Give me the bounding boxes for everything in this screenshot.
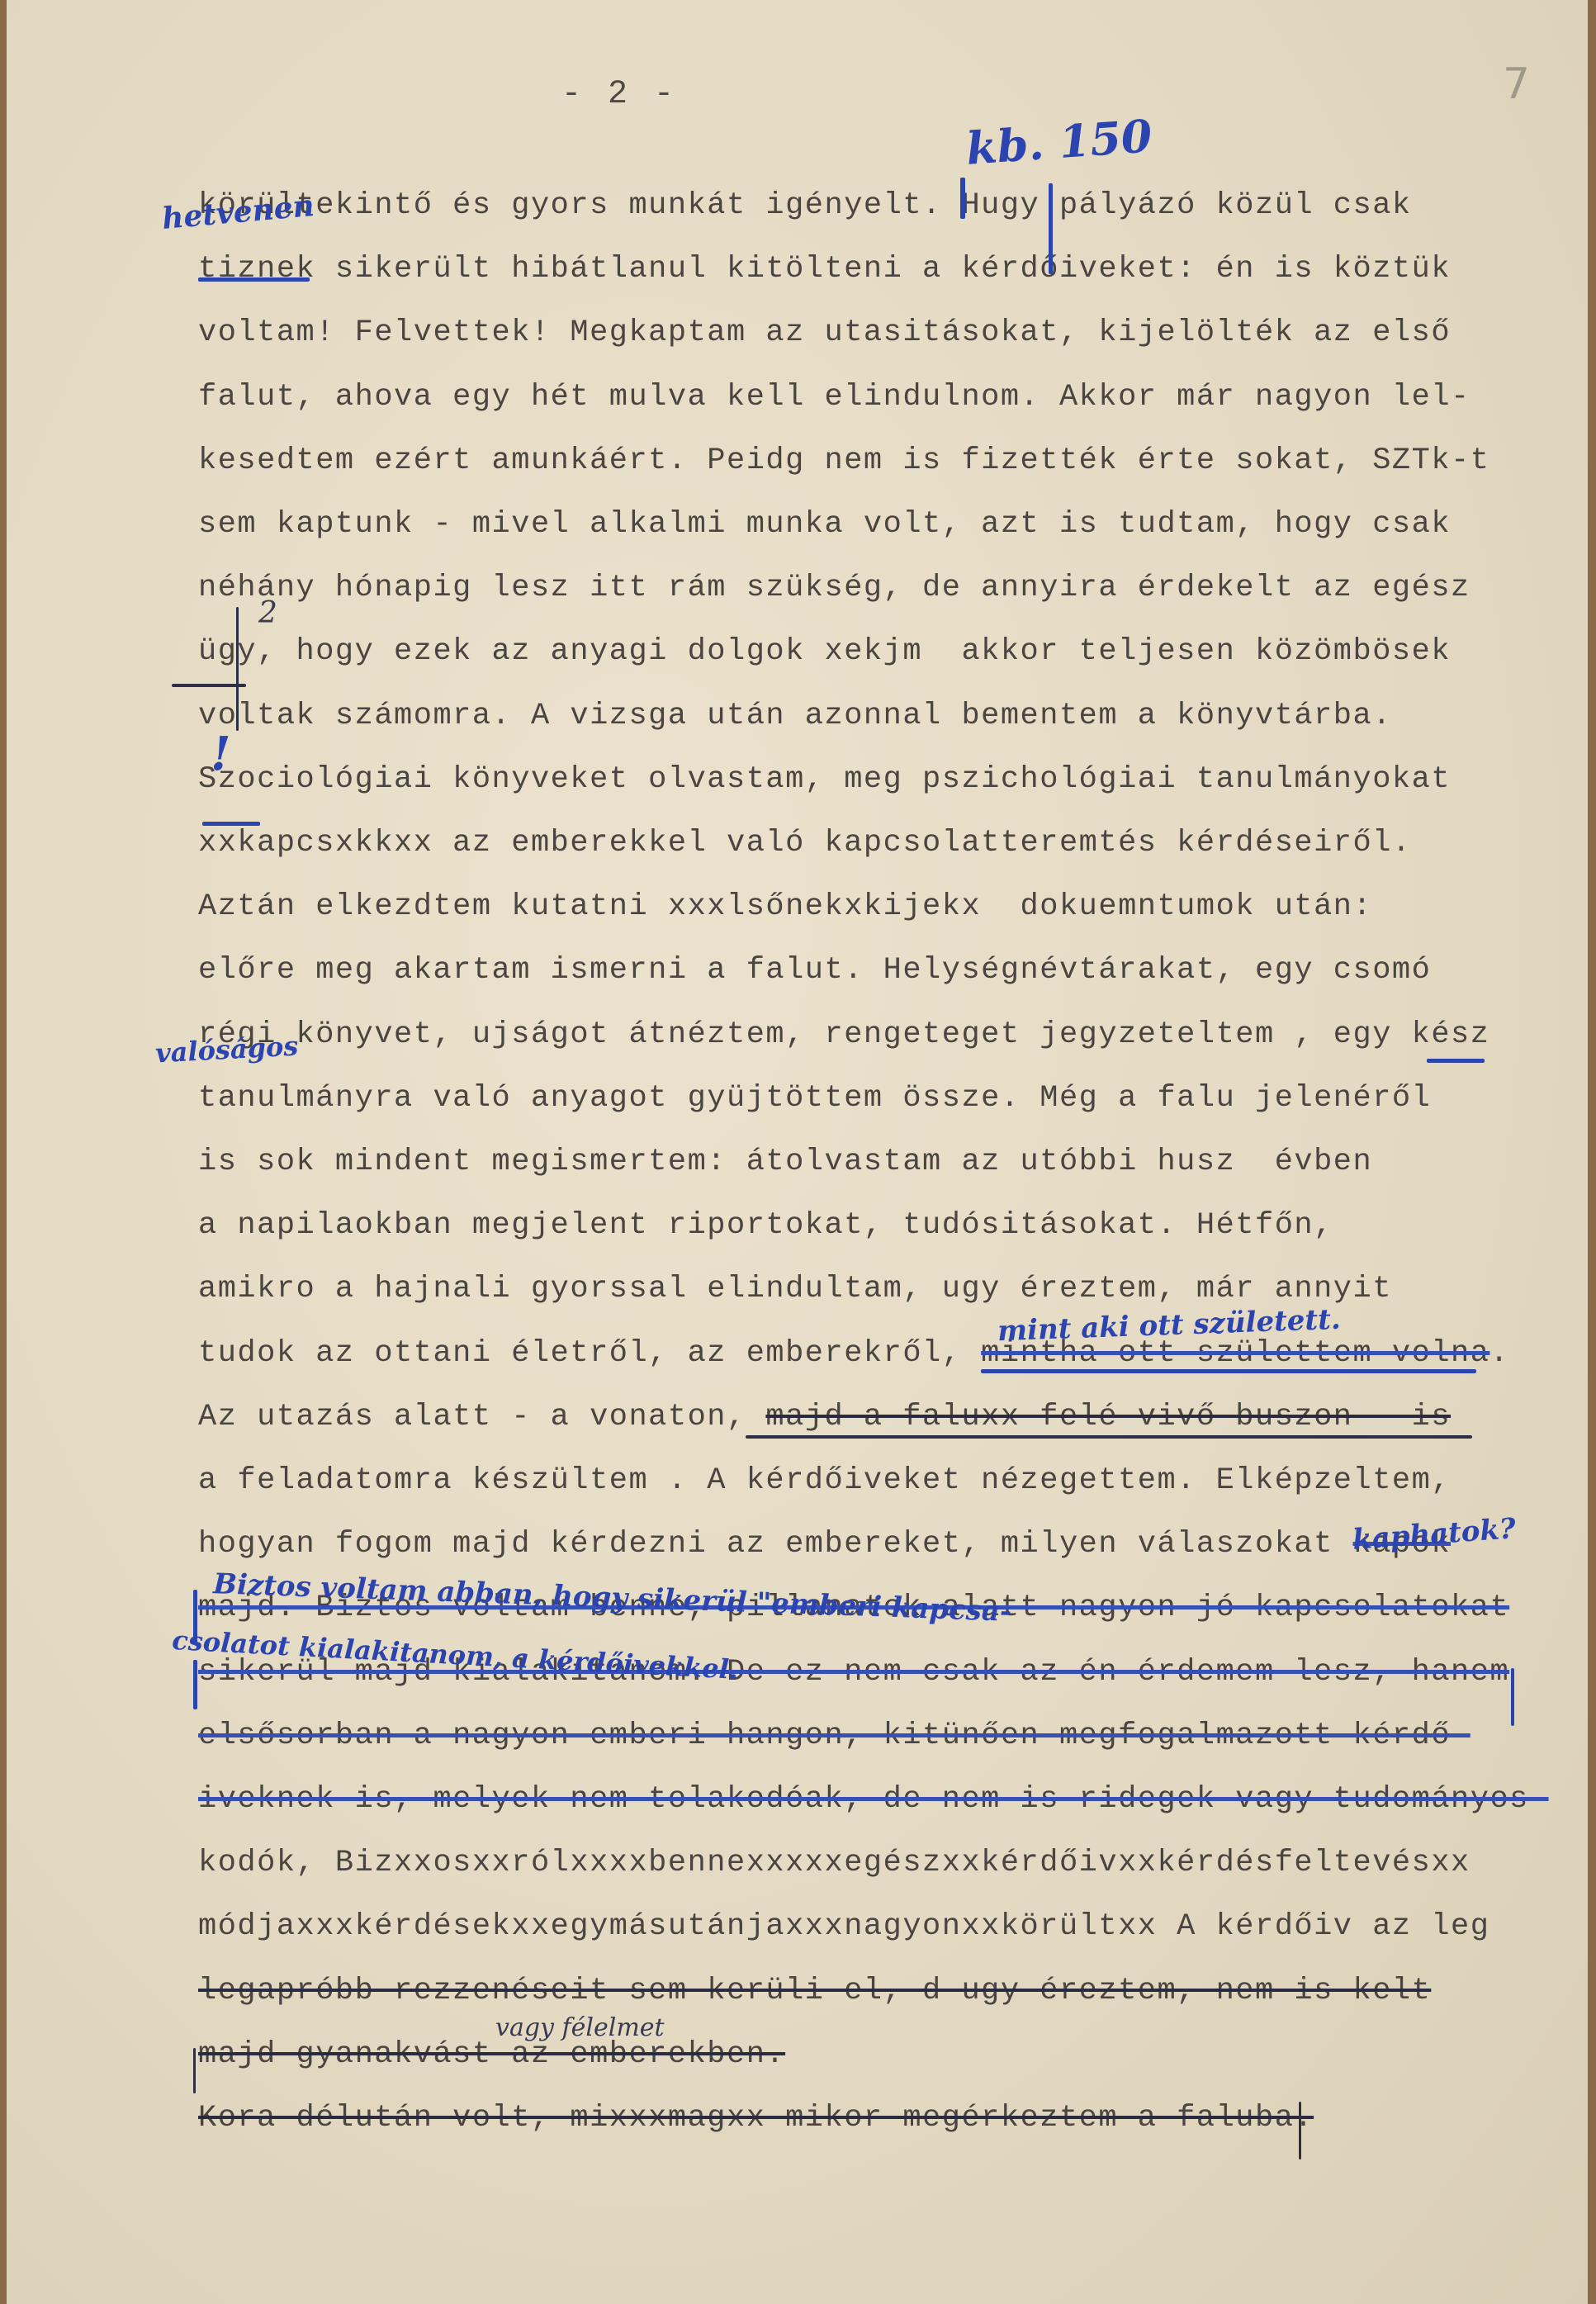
typed-line: előre meg akartam ismerni a falut. Helys…: [198, 953, 1431, 988]
annotation-accent-mark: !: [211, 727, 231, 781]
margin-bar-3: [1511, 1668, 1514, 1726]
typed-line: amikro a hajnali gyorssal elindultam, ug…: [198, 1272, 1392, 1306]
typed-line: is sok mindent megismertem: átolvastam a…: [198, 1145, 1372, 1179]
typed-line: körültekintő és gyors munkát igényelt. H…: [198, 188, 1412, 223]
annotation-valosagos: valóságos: [154, 1030, 299, 1069]
margin-bar-2: [193, 1660, 197, 1709]
typed-line: kesedtem ezért amunkáért. Peidg nem is f…: [198, 443, 1489, 478]
strike-kesz: [1427, 1059, 1485, 1063]
typed-line: legapróbb rezzenéseit sem kerüli el, d u…: [198, 1974, 1431, 2008]
typed-line: sem kaptunk - mivel alkalmi munka volt, …: [198, 507, 1451, 542]
insert-bracket-mark: [1049, 183, 1053, 274]
struck-text: elsősorban a nagyon emberi hangon, kitün…: [198, 1719, 1470, 1753]
margin-underline-mark: [202, 822, 260, 826]
margin-bar-4: [193, 2048, 196, 2093]
typed-line: xxkapcsxkkxx az emberekkel való kapcsola…: [198, 826, 1412, 860]
margin-bar-5: [1299, 2102, 1301, 2159]
annotation-vagy-felelmet: vagy félelmet: [495, 2013, 665, 2042]
strike-tiznek: [198, 277, 310, 282]
folio-mark: 7: [1503, 59, 1530, 109]
struck-text: majd gyanakvást az emberekben.: [198, 2037, 785, 2072]
strike-majd-buszon: [746, 1435, 1472, 1439]
annotation-2: 2: [258, 596, 277, 630]
typed-line: majd gyanakvást az emberekben.: [198, 2037, 785, 2072]
struck-text: legapróbb rezzenéseit sem kerüli el, d u…: [198, 1974, 1431, 2008]
typed-line: a feladatomra készültem . A kérdőiveket …: [198, 1463, 1451, 1498]
typed-line: elsősorban a nagyon emberi hangon, kitün…: [198, 1719, 1470, 1753]
typed-line: Szociológiai könyveket olvastam, meg psz…: [198, 762, 1451, 797]
margin-bracket-mark: [172, 684, 246, 687]
typed-line: a napilaokban megjelent riportokat, tudó…: [198, 1208, 1333, 1243]
annotation-hetvenen: hetvenen: [161, 188, 316, 236]
struck-text: majd a faluxx felé vivő buszon - is: [765, 1400, 1451, 1434]
typed-line: tiznek sikerült hibátlanul kitölteni a k…: [198, 252, 1451, 287]
struck-text: iveknek is, melyek nem tolakodóak, de ne…: [198, 1782, 1549, 1817]
typed-line: kodók, Bizxxosxxrólxxxxbennexxxxxegészxx…: [198, 1846, 1470, 1880]
typed-line: tudok az ottani életről, az emberekről, …: [198, 1336, 1509, 1371]
strike-mintha: [981, 1369, 1476, 1373]
typed-line: ügy, hogy ezek az anyagi dolgok xekjm ak…: [198, 634, 1451, 669]
insert-caret-mark: [960, 178, 965, 219]
typed-line: falut, ahova egy hét mulva kell elinduln…: [198, 380, 1470, 415]
page-number: - 2 -: [561, 76, 677, 113]
margin-vertical-mark: [236, 607, 239, 731]
typed-line: Kora délután volt, mixxxmagxx mikor megé…: [198, 2101, 1314, 2136]
annotation-kaphatok: kaphatok?: [1352, 1512, 1517, 1557]
typed-line: Az utazás alatt - a vonaton, majd a falu…: [198, 1400, 1451, 1434]
typed-line: régi könyvet, ujságot átnéztem, rengeteg…: [198, 1017, 1489, 1052]
typed-line: hogyan fogom majd kérdezni az embereket,…: [198, 1527, 1451, 1562]
typed-line: voltam! Felvettek! Megkaptam az utasitás…: [198, 315, 1451, 350]
typed-line: iveknek is, melyek nem tolakodóak, de ne…: [198, 1782, 1549, 1817]
typewritten-page: - 2 - 7 körültekintő és gyors munkát igé…: [7, 0, 1588, 2304]
annotation-kb-150: kb. 150: [964, 109, 1153, 175]
typed-line: Aztán elkezdtem kutatni xxxlsőnekxkijekx…: [198, 889, 1372, 924]
struck-text: Kora délután volt, mixxxmagxx mikor megé…: [198, 2101, 1314, 2136]
typed-line: néhány hónapig lesz itt rám szükség, de …: [198, 571, 1470, 605]
margin-bar-1: [193, 1590, 197, 1643]
typed-line: tanulmányra való anyagot gyüjtöttem össz…: [198, 1081, 1431, 1116]
typed-line: voltak számomra. A vizsga után azonnal b…: [198, 699, 1392, 733]
typed-line: módjaxxxkérdésekxxegymásutánjaxxxnagyonx…: [198, 1909, 1489, 1944]
